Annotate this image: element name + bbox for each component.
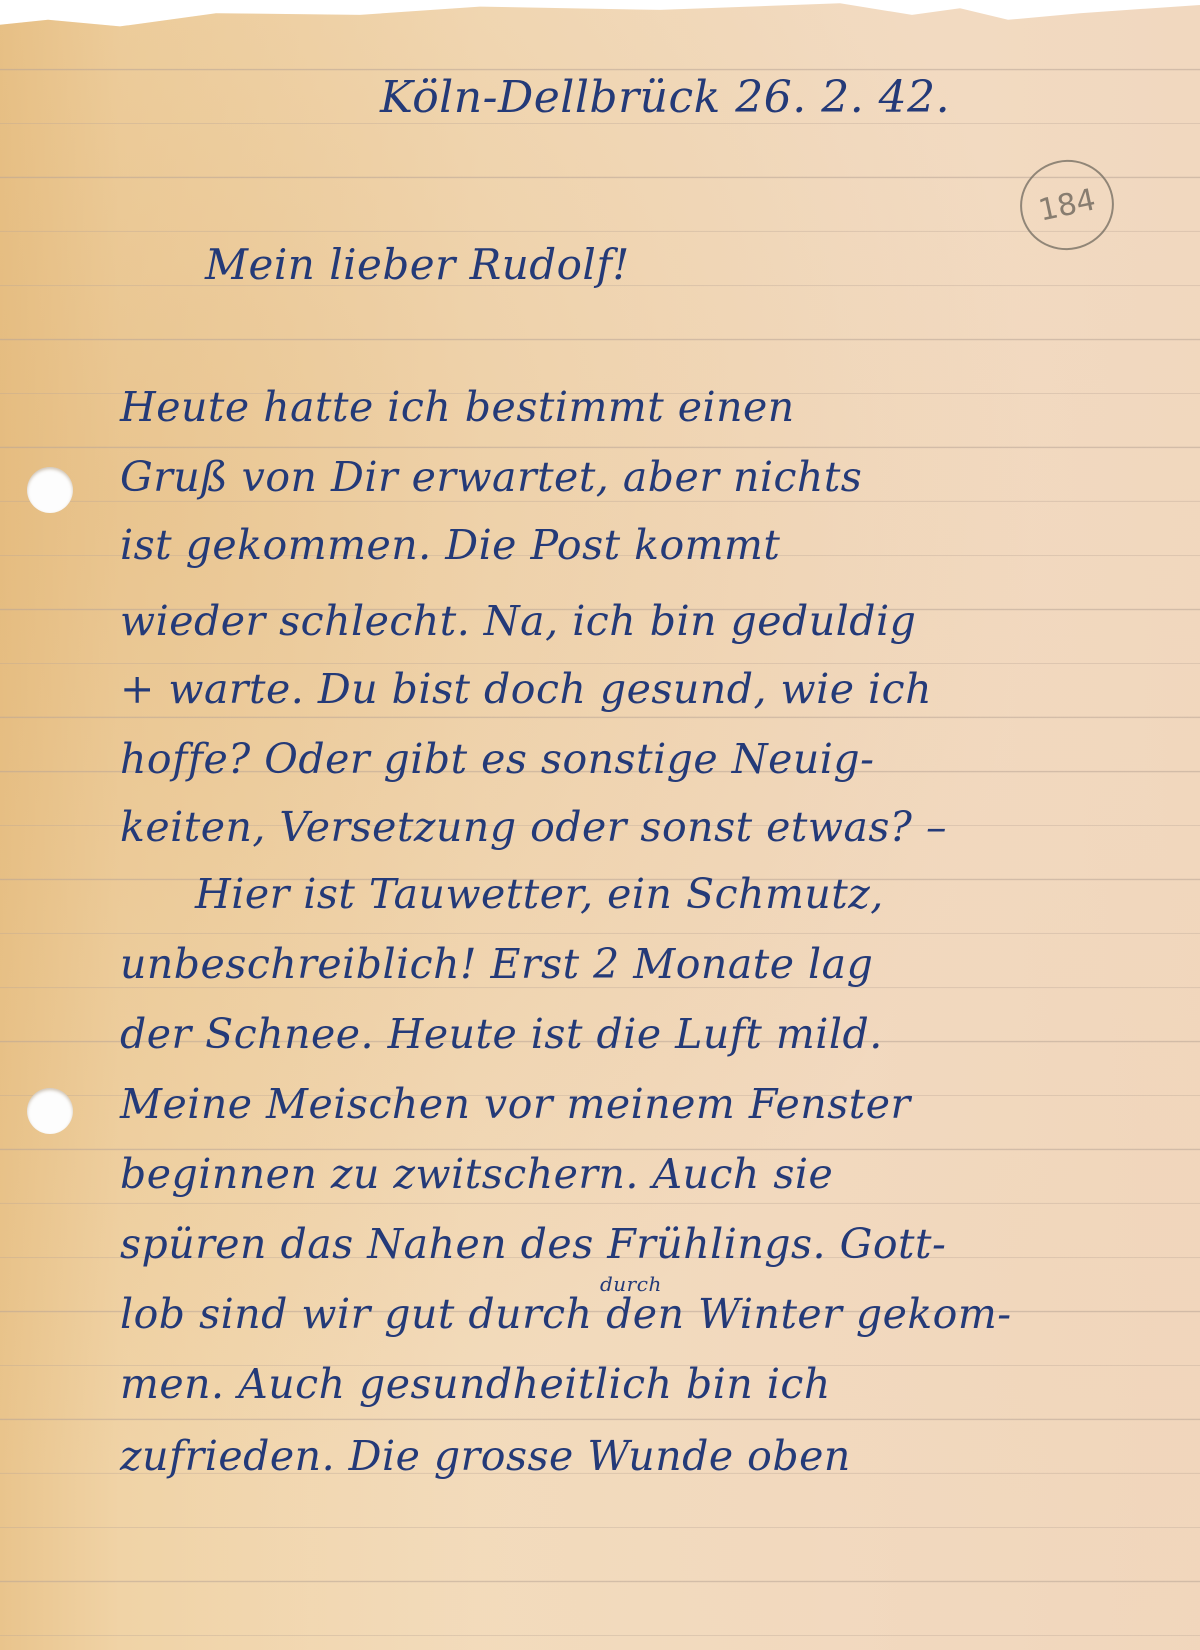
letter-line: ist gekommen. Die Post kommt [120,521,780,569]
letter-line: der Schnee. Heute ist die Luft mild. [120,1010,883,1058]
punch-hole-top [27,467,73,513]
letter-line: Heute hatte ich bestimmt einen [120,383,795,431]
letter-line: lob sind wir gut durch den Winter gekom- [120,1290,1012,1338]
letter-line: Gruß von Dir erwartet, aber nichts [120,453,862,501]
letter-line: hoffe? Oder gibt es sonstige Neuig- [120,735,874,783]
letter-line: Meine Meischen vor meinem Fenster [120,1080,911,1128]
letter-line: + warte. Du bist doch gesund, wie ich [120,665,932,713]
archive-number: 184 [1035,182,1098,228]
letter-line: unbeschreiblich! Erst 2 Monate lag [120,940,873,988]
salutation: Mein lieber Rudolf! [205,240,630,289]
letter-line: keiten, Versetzung oder sonst etwas? – [120,803,947,851]
letter-line: wieder schlecht. Na, ich bin geduldig [120,597,916,645]
place-date: Köln-Dellbrück 26. 2. 42. [380,72,950,123]
letter-line: spüren das Nahen des Frühlings. Gott- [120,1220,946,1268]
punch-hole-bottom [27,1088,73,1134]
letter-line: men. Auch gesundheitlich bin ich [120,1360,831,1408]
letter-line: beginnen zu zwitschern. Auch sie [120,1150,833,1198]
letter-line: zufrieden. Die grosse Wunde oben [120,1432,851,1480]
letter-line: Hier ist Tauwetter, ein Schmutz, [195,870,884,918]
